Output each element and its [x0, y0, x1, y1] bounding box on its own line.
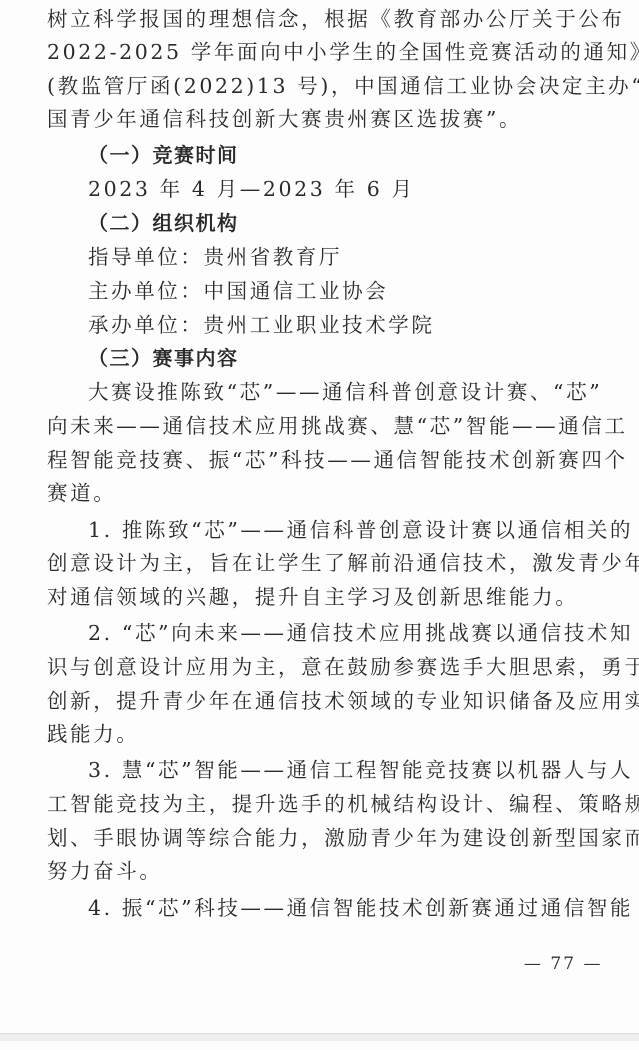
paragraph-line: 1. 推陈致“芯”——通信科普创意设计赛以通信相关的	[88, 517, 608, 543]
paragraph-line: 划、手眼协调等综合能力，激励青少年为建设创新型国家而	[47, 825, 607, 851]
organizer-undertaker: 承办单位：贵州工业职业技术学院	[88, 312, 608, 338]
paragraph-line: 赛道。	[47, 480, 607, 506]
paragraph-line: 创新，提升青少年在通信技术领域的专业知识储备及应用实	[47, 688, 607, 714]
section-heading-organization: （二）组织机构	[88, 210, 608, 236]
paragraph-line: 国青少年通信科技创新大赛贵州赛区选拔赛”。	[47, 106, 607, 132]
section-heading-time: （一）竞赛时间	[88, 142, 608, 168]
paragraph-line: 努力奋斗。	[47, 858, 607, 884]
document-page: 树立科学报国的理想信念，根据《教育部办公厅关于公布 2022-2025 学年面向…	[0, 0, 639, 1033]
paragraph-line: 4. 振“芯”科技——通信智能技术创新赛通过通信智能	[88, 895, 608, 921]
paragraph-line: 创意设计为主，旨在让学生了解前沿通信技术，激发青少年	[47, 550, 607, 576]
paragraph-line: 识与创意设计应用为主，意在鼓励参赛选手大胆思索，勇于	[47, 654, 607, 680]
paragraph-line: 践能力。	[47, 721, 607, 747]
paragraph-line: 向未来——通信技术应用挑战赛、慧“芯”智能——通信工	[47, 413, 607, 439]
paragraph-line: 2022-2025 学年面向中小学生的全国性竞赛活动的通知》	[47, 39, 607, 65]
paragraph-line: 3. 慧“芯”智能——通信工程智能竞技赛以机器人与人	[88, 757, 608, 783]
paragraph-line: 大赛设推陈致“芯”——通信科普创意设计赛、“芯”	[88, 379, 608, 405]
page-number: — 77 —	[524, 954, 602, 974]
paragraph-line: (教监管厅函(2022)13 号)，中国通信工业协会决定主办“全	[47, 73, 607, 99]
competition-dates: 2023 年 4 月—2023 年 6 月	[88, 176, 608, 202]
next-page-edge	[0, 1041, 639, 1050]
organizer-host: 主办单位：中国通信工业协会	[88, 278, 608, 304]
paragraph-line: 程智能竞技赛、振“芯”科技——通信智能技术创新赛四个	[47, 447, 607, 473]
paragraph-line: 工智能竞技为主，提升选手的机械结构设计、编程、策略规	[47, 791, 607, 817]
section-heading-content: （三）赛事内容	[88, 345, 608, 371]
paragraph-line: 树立科学报国的理想信念，根据《教育部办公厅关于公布	[47, 6, 607, 32]
paragraph-line: 2. “芯”向未来——通信技术应用挑战赛以通信技术知	[88, 620, 608, 646]
paragraph-line: 对通信领域的兴趣，提升自主学习及创新思维能力。	[47, 584, 607, 610]
organizer-guiding: 指导单位：贵州省教育厅	[88, 244, 608, 270]
